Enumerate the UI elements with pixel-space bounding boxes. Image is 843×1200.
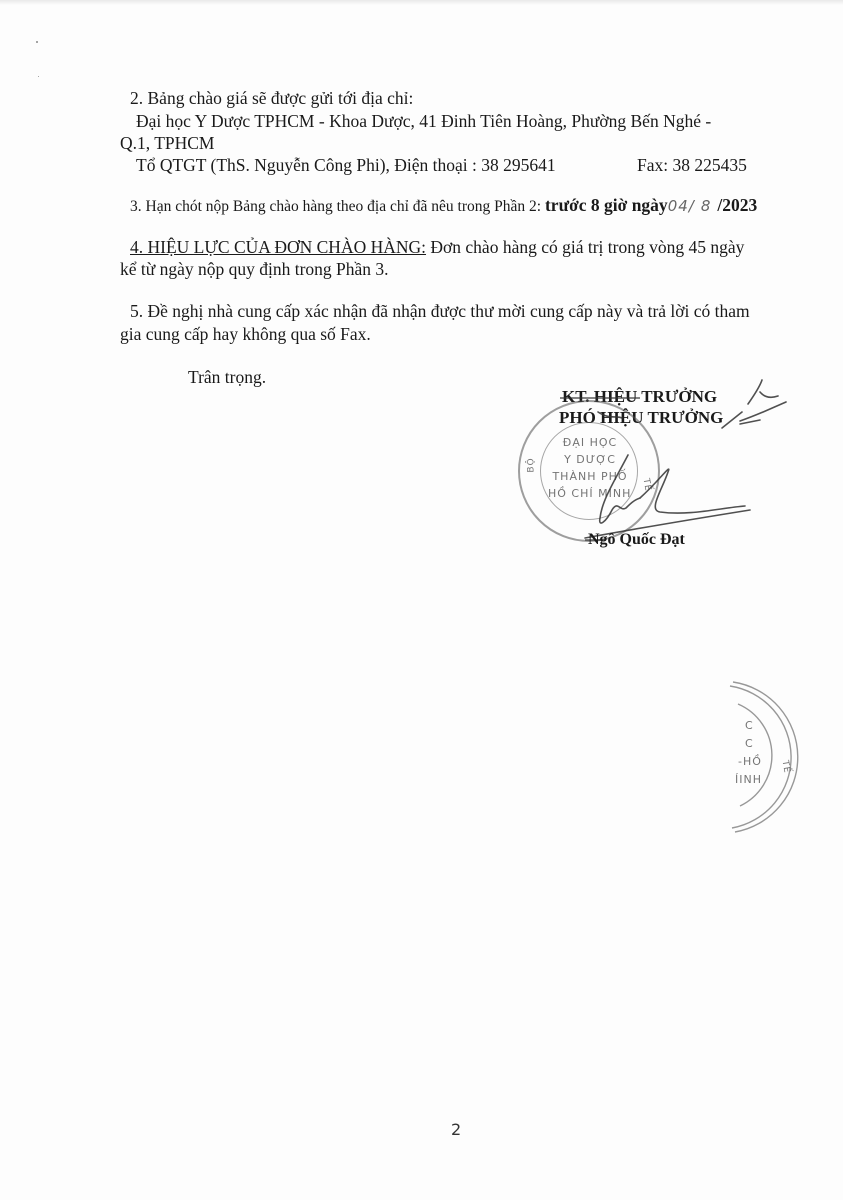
partial-stamp-line-2: C bbox=[745, 737, 754, 750]
partial-stamp-line-3: -HỒ bbox=[738, 755, 762, 768]
page-number: 2 bbox=[451, 1120, 461, 1139]
document-page: 2. Bảng chào giá sẽ được gửi tới địa chỉ… bbox=[0, 0, 843, 1200]
partial-stamp-line-4: ÍINH bbox=[735, 773, 762, 786]
partial-stamp-line-1: C bbox=[745, 719, 754, 732]
partial-stamp-ring-icon bbox=[0, 0, 843, 1200]
partial-stamp-side: TẾ bbox=[780, 760, 792, 775]
